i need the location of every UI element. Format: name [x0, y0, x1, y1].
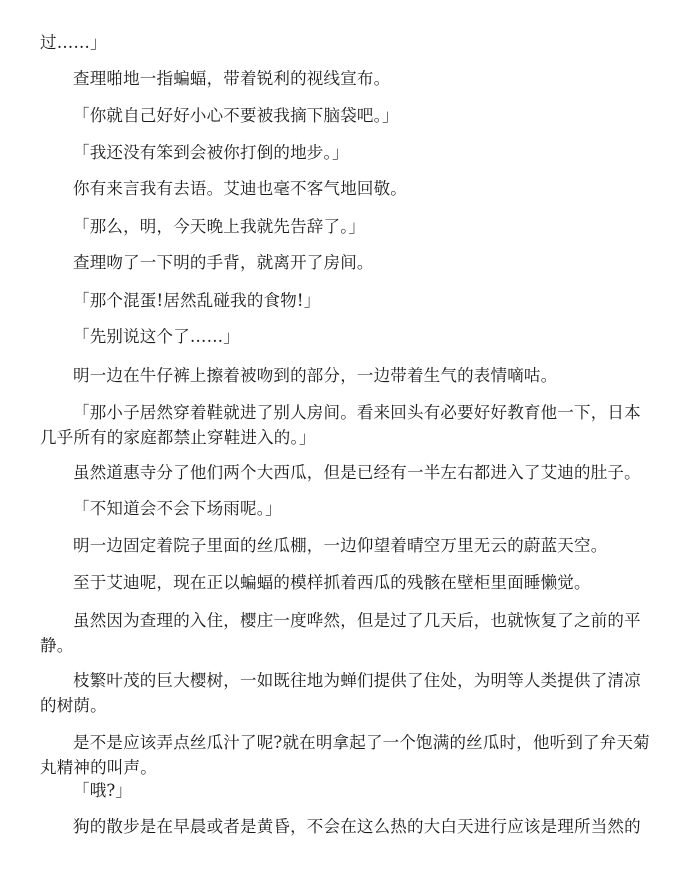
paragraph-line: 虽然因为查理的入住，樱庄一度哗然，但是过了几天后，也就恢复了之前的平 — [73, 608, 640, 633]
dialogue-line: 「那么，明，今天晚上我就先告辞了。」 — [73, 214, 640, 239]
paragraph-line: 明一边固定着院子里面的丝瓜棚，一边仰望着晴空万里无云的蔚蓝天空。 — [73, 533, 640, 558]
paragraph-line: 虽然道惠寺分了他们两个大西瓜，但是已经有一半左右都进入了艾迪的肚子。 — [73, 460, 640, 485]
paragraph-line: 明一边在牛仔裤上擦着被吻到的部分，一边带着生气的表情嘀咕。 — [73, 363, 640, 388]
paragraph-line: 查理啪地一指蝙蝠，带着锐利的视线宣布。 — [73, 66, 640, 91]
dialogue-line: 「那小子居然穿着鞋就进了别人房间。看来回头有必要好好教育他一下，日本 — [73, 400, 640, 425]
paragraph-line: 是不是应该弄点丝瓜汁了呢?就在明拿起了一个饱满的丝瓜时，他听到了弁天菊 — [73, 730, 640, 755]
paragraph-line-continuation: 的树荫。 — [40, 693, 640, 718]
dialogue-line: 「先别说这个了……」 — [73, 324, 640, 349]
paragraph-line: 狗的散步是在早晨或者是黄昏，不会在这么热的大白天进行应该是理所当然的 — [73, 814, 640, 839]
paragraph-line-continuation: 静。 — [40, 633, 640, 658]
text-line: 过……」 — [40, 30, 640, 55]
paragraph-line: 枝繁叶茂的巨大樱树，一如既往地为蝉们提供了住处，为明等人类提供了清凉 — [73, 668, 640, 693]
paragraph-line-continuation: 丸精神的叫声。 — [40, 755, 640, 780]
dialogue-line: 「那个混蛋!居然乱碰我的食物!」 — [73, 288, 640, 313]
dialogue-line-continuation: 几乎所有的家庭都禁止穿鞋进入的。」 — [40, 425, 640, 450]
document-page: 过……」 查理啪地一指蝙蝠，带着锐利的视线宣布。 「你就自己好好小心不要被我摘下… — [0, 0, 680, 880]
dialogue-line: 「你就自己好好小心不要被我摘下脑袋吧。」 — [73, 103, 640, 128]
paragraph-line: 查理吻了一下明的手背，就离开了房间。 — [73, 250, 640, 275]
dialogue-line: 「不知道会不会下场雨呢。」 — [73, 496, 640, 521]
paragraph-line: 你有来言我有去语。艾迪也毫不客气地回敬。 — [73, 176, 640, 201]
dialogue-line: 「我还没有笨到会被你打倒的地步。」 — [73, 140, 640, 165]
dialogue-line: 「哦?」 — [73, 778, 640, 803]
paragraph-line: 至于艾迪呢，现在正以蝙蝠的模样抓着西瓜的残骸在壁柜里面睡懒觉。 — [73, 570, 640, 595]
